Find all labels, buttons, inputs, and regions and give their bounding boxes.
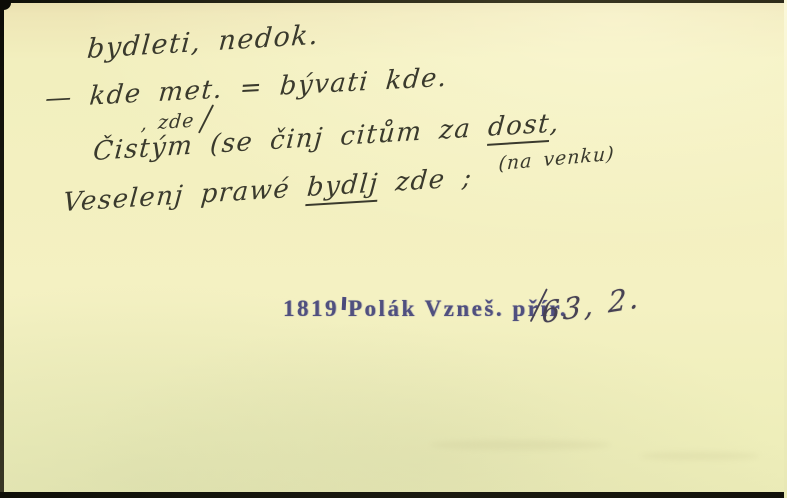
show-through-smudge — [640, 452, 760, 460]
quote-1-underlined-word: dost — [487, 109, 552, 146]
corner-ink-blot — [0, 0, 11, 10]
scan-edge-left — [0, 0, 4, 498]
show-through-smudge — [430, 440, 610, 450]
headword-text: bydleti, nedok. — [86, 20, 320, 65]
definition-text: — kde met. = bývati kde. — [44, 63, 449, 114]
scan-edge-top — [0, 0, 787, 3]
handwritten-line-quote-2: Veselenj prawé bydlj zde ; — [62, 163, 474, 218]
handwritten-line-definition: — kde met. = bývati kde. — [44, 63, 449, 114]
page-reference: 63, 2. — [541, 280, 641, 330]
quote-1-trailing: , — [549, 108, 561, 139]
source-stamp: 1819Polák Vzneš. přír. — [283, 296, 568, 322]
quote-2-trailing: zde ; — [378, 163, 474, 199]
marginal-note: (na venku) — [498, 143, 615, 175]
scanned-card: bydleti, nedok. — kde met. = bývati kde.… — [0, 0, 787, 498]
quote-2-underlined-word: bydlj — [306, 168, 380, 206]
handwritten-line-headword: bydleti, nedok. — [86, 20, 320, 65]
stamp-year: 1819 — [283, 296, 339, 321]
inserted-word: , zde — [140, 110, 195, 135]
quote-2-text: Veselenj prawé — [62, 173, 308, 218]
scan-edge-bottom — [0, 492, 787, 498]
stamp-ink-mark — [342, 297, 347, 310]
handwritten-line-quote-1: , zde Čistým (se činj citům za dost, — [92, 108, 561, 167]
